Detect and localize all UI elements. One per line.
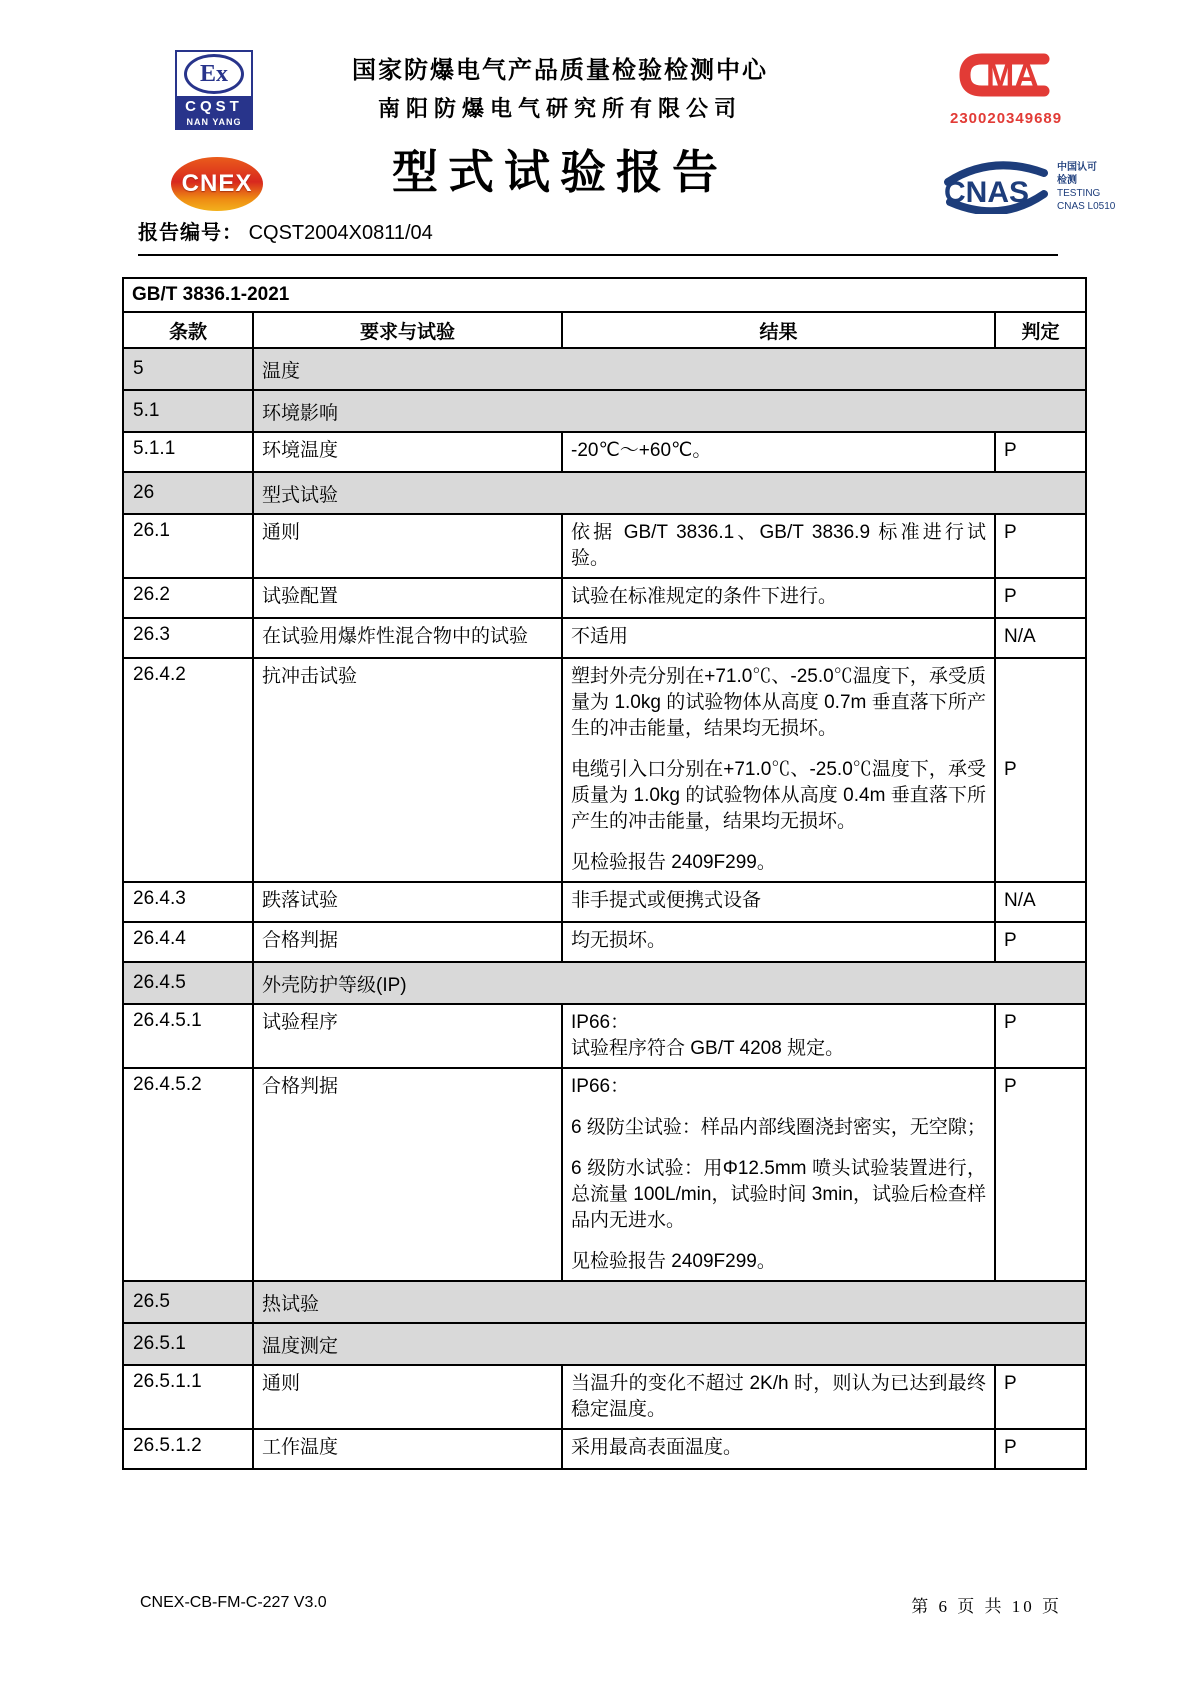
table-row: 26.4.2 抗冲击试验 塑封外壳分别在+71.0℃、-25.0℃温度下，承受质… bbox=[123, 658, 1086, 882]
verdict-cell: P bbox=[995, 1365, 1086, 1429]
result-paragraph: 6 级防尘试验：样品内部线圈浇封密实，无空隙； bbox=[571, 1115, 986, 1141]
table-row-section: 5 温度 bbox=[123, 348, 1086, 390]
result-paragraph: -20℃～+60℃。 bbox=[571, 438, 986, 464]
verdict-cell: P bbox=[995, 922, 1086, 962]
clause-cell: 26.4.2 bbox=[123, 658, 253, 882]
col-header-result: 结果 bbox=[562, 312, 995, 348]
result-cell: -20℃～+60℃。 bbox=[562, 432, 995, 472]
table-row: 26.5.1.1 通则 当温升的变化不超过 2K/h 时，则认为已达到最终稳定温… bbox=[123, 1365, 1086, 1429]
clause-cell: 26.2 bbox=[123, 578, 253, 618]
cnas-caption: 中国认可 检测 TESTING CNAS L0510 bbox=[1057, 161, 1115, 213]
result-paragraph: 塑封外壳分别在+71.0℃、-25.0℃温度下，承受质量为 1.0kg 的试验物… bbox=[571, 664, 986, 742]
table-row-section: 26.5.1 温度测定 bbox=[123, 1323, 1086, 1365]
result-cell: 依据 GB/T 3836.1、GB/T 3836.9 标准进行试验。 bbox=[562, 514, 995, 578]
section-title-cell: 外壳防护等级(IP) bbox=[253, 962, 1086, 1004]
clause-cell: 26.1 bbox=[123, 514, 253, 578]
result-paragraph: 见检验报告 2409F299。 bbox=[571, 1249, 986, 1275]
clause-cell: 26.4.4 bbox=[123, 922, 253, 962]
table-row-section: 5.1 环境影响 bbox=[123, 390, 1086, 432]
result-paragraph: 试验在标准规定的条件下进行。 bbox=[571, 584, 986, 610]
result-paragraph: 不适用 bbox=[571, 624, 986, 650]
table-row: 26.3 在试验用爆炸性混合物中的试验 不适用 N/A bbox=[123, 618, 1086, 658]
report-page: Ex CQST NAN YANG CNEX 国家防爆电气产品质量检验检测中心 南… bbox=[0, 0, 1190, 1684]
requirement-cell: 合格判据 bbox=[253, 922, 562, 962]
clause-cell: 26.5.1 bbox=[123, 1323, 253, 1365]
cma-letters: MA bbox=[986, 57, 1039, 95]
result-paragraph: IP66： bbox=[571, 1074, 986, 1100]
table-row: 5.1.1 环境温度 -20℃～+60℃。 P bbox=[123, 432, 1086, 472]
table-row-section: 26 型式试验 bbox=[123, 472, 1086, 514]
col-header-clause: 条款 bbox=[123, 312, 253, 348]
result-cell: 当温升的变化不超过 2K/h 时，则认为已达到最终稳定温度。 bbox=[562, 1365, 995, 1429]
result-paragraph: 均无损坏。 bbox=[571, 928, 986, 954]
cnas-caption-line1: 中国认可 bbox=[1057, 161, 1115, 174]
section-title-cell: 温度测定 bbox=[253, 1323, 1086, 1365]
result-cell: IP66： 6 级防尘试验：样品内部线圈浇封密实，无空隙； 6 级防水试验：用Φ… bbox=[562, 1068, 995, 1281]
report-number-line: 报告编号： CQST2004X0811/04 bbox=[138, 216, 1058, 256]
cnas-mark-icon: CNAS bbox=[942, 160, 1050, 214]
result-cell: 均无损坏。 bbox=[562, 922, 995, 962]
verdict-cell: N/A bbox=[995, 618, 1086, 658]
table-row: 26.1 通则 依据 GB/T 3836.1、GB/T 3836.9 标准进行试… bbox=[123, 514, 1086, 578]
table-row: 26.4.5.1 试验程序 IP66： 试验程序符合 GB/T 4208 规定。… bbox=[123, 1004, 1086, 1068]
compliance-table: GB/T 3836.1-2021 条款 要求与试验 结果 判定 5 温度 5.1… bbox=[122, 277, 1087, 1470]
footer-form-code: CNEX-CB-FM-C-227 V3.0 bbox=[140, 1594, 327, 1612]
org-name-line1: 国家防爆电气产品质量检验检测中心 bbox=[130, 50, 990, 85]
verdict-cell: P bbox=[995, 1429, 1086, 1469]
verdict-cell: P bbox=[995, 514, 1086, 578]
verdict-cell: P bbox=[995, 432, 1086, 472]
clause-cell: 26.4.5 bbox=[123, 962, 253, 1004]
result-cell: 不适用 bbox=[562, 618, 995, 658]
requirement-cell: 在试验用爆炸性混合物中的试验 bbox=[253, 618, 562, 658]
clause-cell: 26.3 bbox=[123, 618, 253, 658]
clause-cell: 26.5.1.2 bbox=[123, 1429, 253, 1469]
cma-mark-icon: MA bbox=[956, 46, 1056, 104]
footer-page-number: 第 6 页 共 10 页 bbox=[911, 1592, 1062, 1617]
requirement-cell: 通则 bbox=[253, 514, 562, 578]
result-paragraph: IP66： bbox=[571, 1010, 986, 1036]
table-row: 26.4.5.2 合格判据 IP66： 6 级防尘试验：样品内部线圈浇封密实，无… bbox=[123, 1068, 1086, 1281]
table-header-row: 条款 要求与试验 结果 判定 bbox=[123, 312, 1086, 348]
clause-cell: 26 bbox=[123, 472, 253, 514]
report-number-label: 报告编号： bbox=[138, 222, 243, 244]
clause-cell: 5 bbox=[123, 348, 253, 390]
requirement-cell: 合格判据 bbox=[253, 1068, 562, 1281]
clause-cell: 5.1 bbox=[123, 390, 253, 432]
col-header-requirement: 要求与试验 bbox=[253, 312, 562, 348]
result-paragraph: 6 级防水试验：用Φ12.5mm 喷头试验装置进行，总流量 100L/min，试… bbox=[571, 1156, 986, 1234]
cma-mark: MA 230020349689 bbox=[950, 46, 1062, 127]
result-cell: 试验在标准规定的条件下进行。 bbox=[562, 578, 995, 618]
result-cell: IP66： 试验程序符合 GB/T 4208 规定。 bbox=[562, 1004, 995, 1068]
section-title-cell: 环境影响 bbox=[253, 390, 1086, 432]
requirement-cell: 工作温度 bbox=[253, 1429, 562, 1469]
org-name-line2: 南阳防爆电气研究所有限公司 bbox=[130, 92, 990, 123]
verdict-cell: P bbox=[995, 1068, 1086, 1281]
result-cell: 塑封外壳分别在+71.0℃、-25.0℃温度下，承受质量为 1.0kg 的试验物… bbox=[562, 658, 995, 882]
verdict-cell: N/A bbox=[995, 882, 1086, 922]
section-title-cell: 型式试验 bbox=[253, 472, 1086, 514]
cma-certificate-number: 230020349689 bbox=[950, 110, 1062, 127]
result-paragraph: 依据 GB/T 3836.1、GB/T 3836.9 标准进行试验。 bbox=[571, 520, 986, 572]
result-cell: 非手提式或便携式设备 bbox=[562, 882, 995, 922]
result-cell: 采用最高表面温度。 bbox=[562, 1429, 995, 1469]
clause-cell: 5.1.1 bbox=[123, 432, 253, 472]
table-row-section: 26.4.5 外壳防护等级(IP) bbox=[123, 962, 1086, 1004]
standard-title-row: GB/T 3836.1-2021 bbox=[123, 278, 1086, 312]
result-paragraph: 当温升的变化不超过 2K/h 时，则认为已达到最终稳定温度。 bbox=[571, 1371, 986, 1423]
requirement-cell: 通则 bbox=[253, 1365, 562, 1429]
requirement-cell: 环境温度 bbox=[253, 432, 562, 472]
table-row: 26.4.4 合格判据 均无损坏。 P bbox=[123, 922, 1086, 962]
verdict-cell: P bbox=[995, 1004, 1086, 1068]
cnas-mark: CNAS 中国认可 检测 TESTING CNAS L0510 bbox=[942, 160, 1115, 214]
section-title-cell: 温度 bbox=[253, 348, 1086, 390]
clause-cell: 26.4.5.1 bbox=[123, 1004, 253, 1068]
table-row: 26.4.3 跌落试验 非手提式或便携式设备 N/A bbox=[123, 882, 1086, 922]
result-paragraph: 见检验报告 2409F299。 bbox=[571, 850, 986, 876]
result-paragraph: 采用最高表面温度。 bbox=[571, 1435, 986, 1461]
result-paragraph: 非手提式或便携式设备 bbox=[571, 888, 986, 914]
requirement-cell: 跌落试验 bbox=[253, 882, 562, 922]
cnas-caption-line2: 检测 bbox=[1057, 174, 1115, 187]
clause-cell: 26.5 bbox=[123, 1281, 253, 1323]
result-paragraph: 电缆引入口分别在+71.0℃、-25.0℃温度下，承受质量为 1.0kg 的试验… bbox=[571, 757, 986, 835]
table-row: 26.2 试验配置 试验在标准规定的条件下进行。 P bbox=[123, 578, 1086, 618]
page-title: 型式试验报告 bbox=[130, 136, 990, 202]
verdict-cell: P bbox=[995, 578, 1086, 618]
clause-cell: 26.4.5.2 bbox=[123, 1068, 253, 1281]
requirement-cell: 试验配置 bbox=[253, 578, 562, 618]
verdict-cell: P bbox=[995, 658, 1086, 882]
result-paragraph: 试验程序符合 GB/T 4208 规定。 bbox=[571, 1036, 986, 1062]
cnas-caption-line3: TESTING bbox=[1057, 187, 1115, 200]
requirement-cell: 试验程序 bbox=[253, 1004, 562, 1068]
section-title-cell: 热试验 bbox=[253, 1281, 1086, 1323]
cnas-caption-line4: CNAS L0510 bbox=[1057, 200, 1115, 213]
clause-cell: 26.5.1.1 bbox=[123, 1365, 253, 1429]
report-number-value: CQST2004X0811/04 bbox=[249, 222, 433, 244]
table-row-section: 26.5 热试验 bbox=[123, 1281, 1086, 1323]
clause-cell: 26.4.3 bbox=[123, 882, 253, 922]
requirement-cell: 抗冲击试验 bbox=[253, 658, 562, 882]
col-header-verdict: 判定 bbox=[995, 312, 1086, 348]
standard-name: GB/T 3836.1-2021 bbox=[123, 278, 1086, 312]
table-row: 26.5.1.2 工作温度 采用最高表面温度。 P bbox=[123, 1429, 1086, 1469]
